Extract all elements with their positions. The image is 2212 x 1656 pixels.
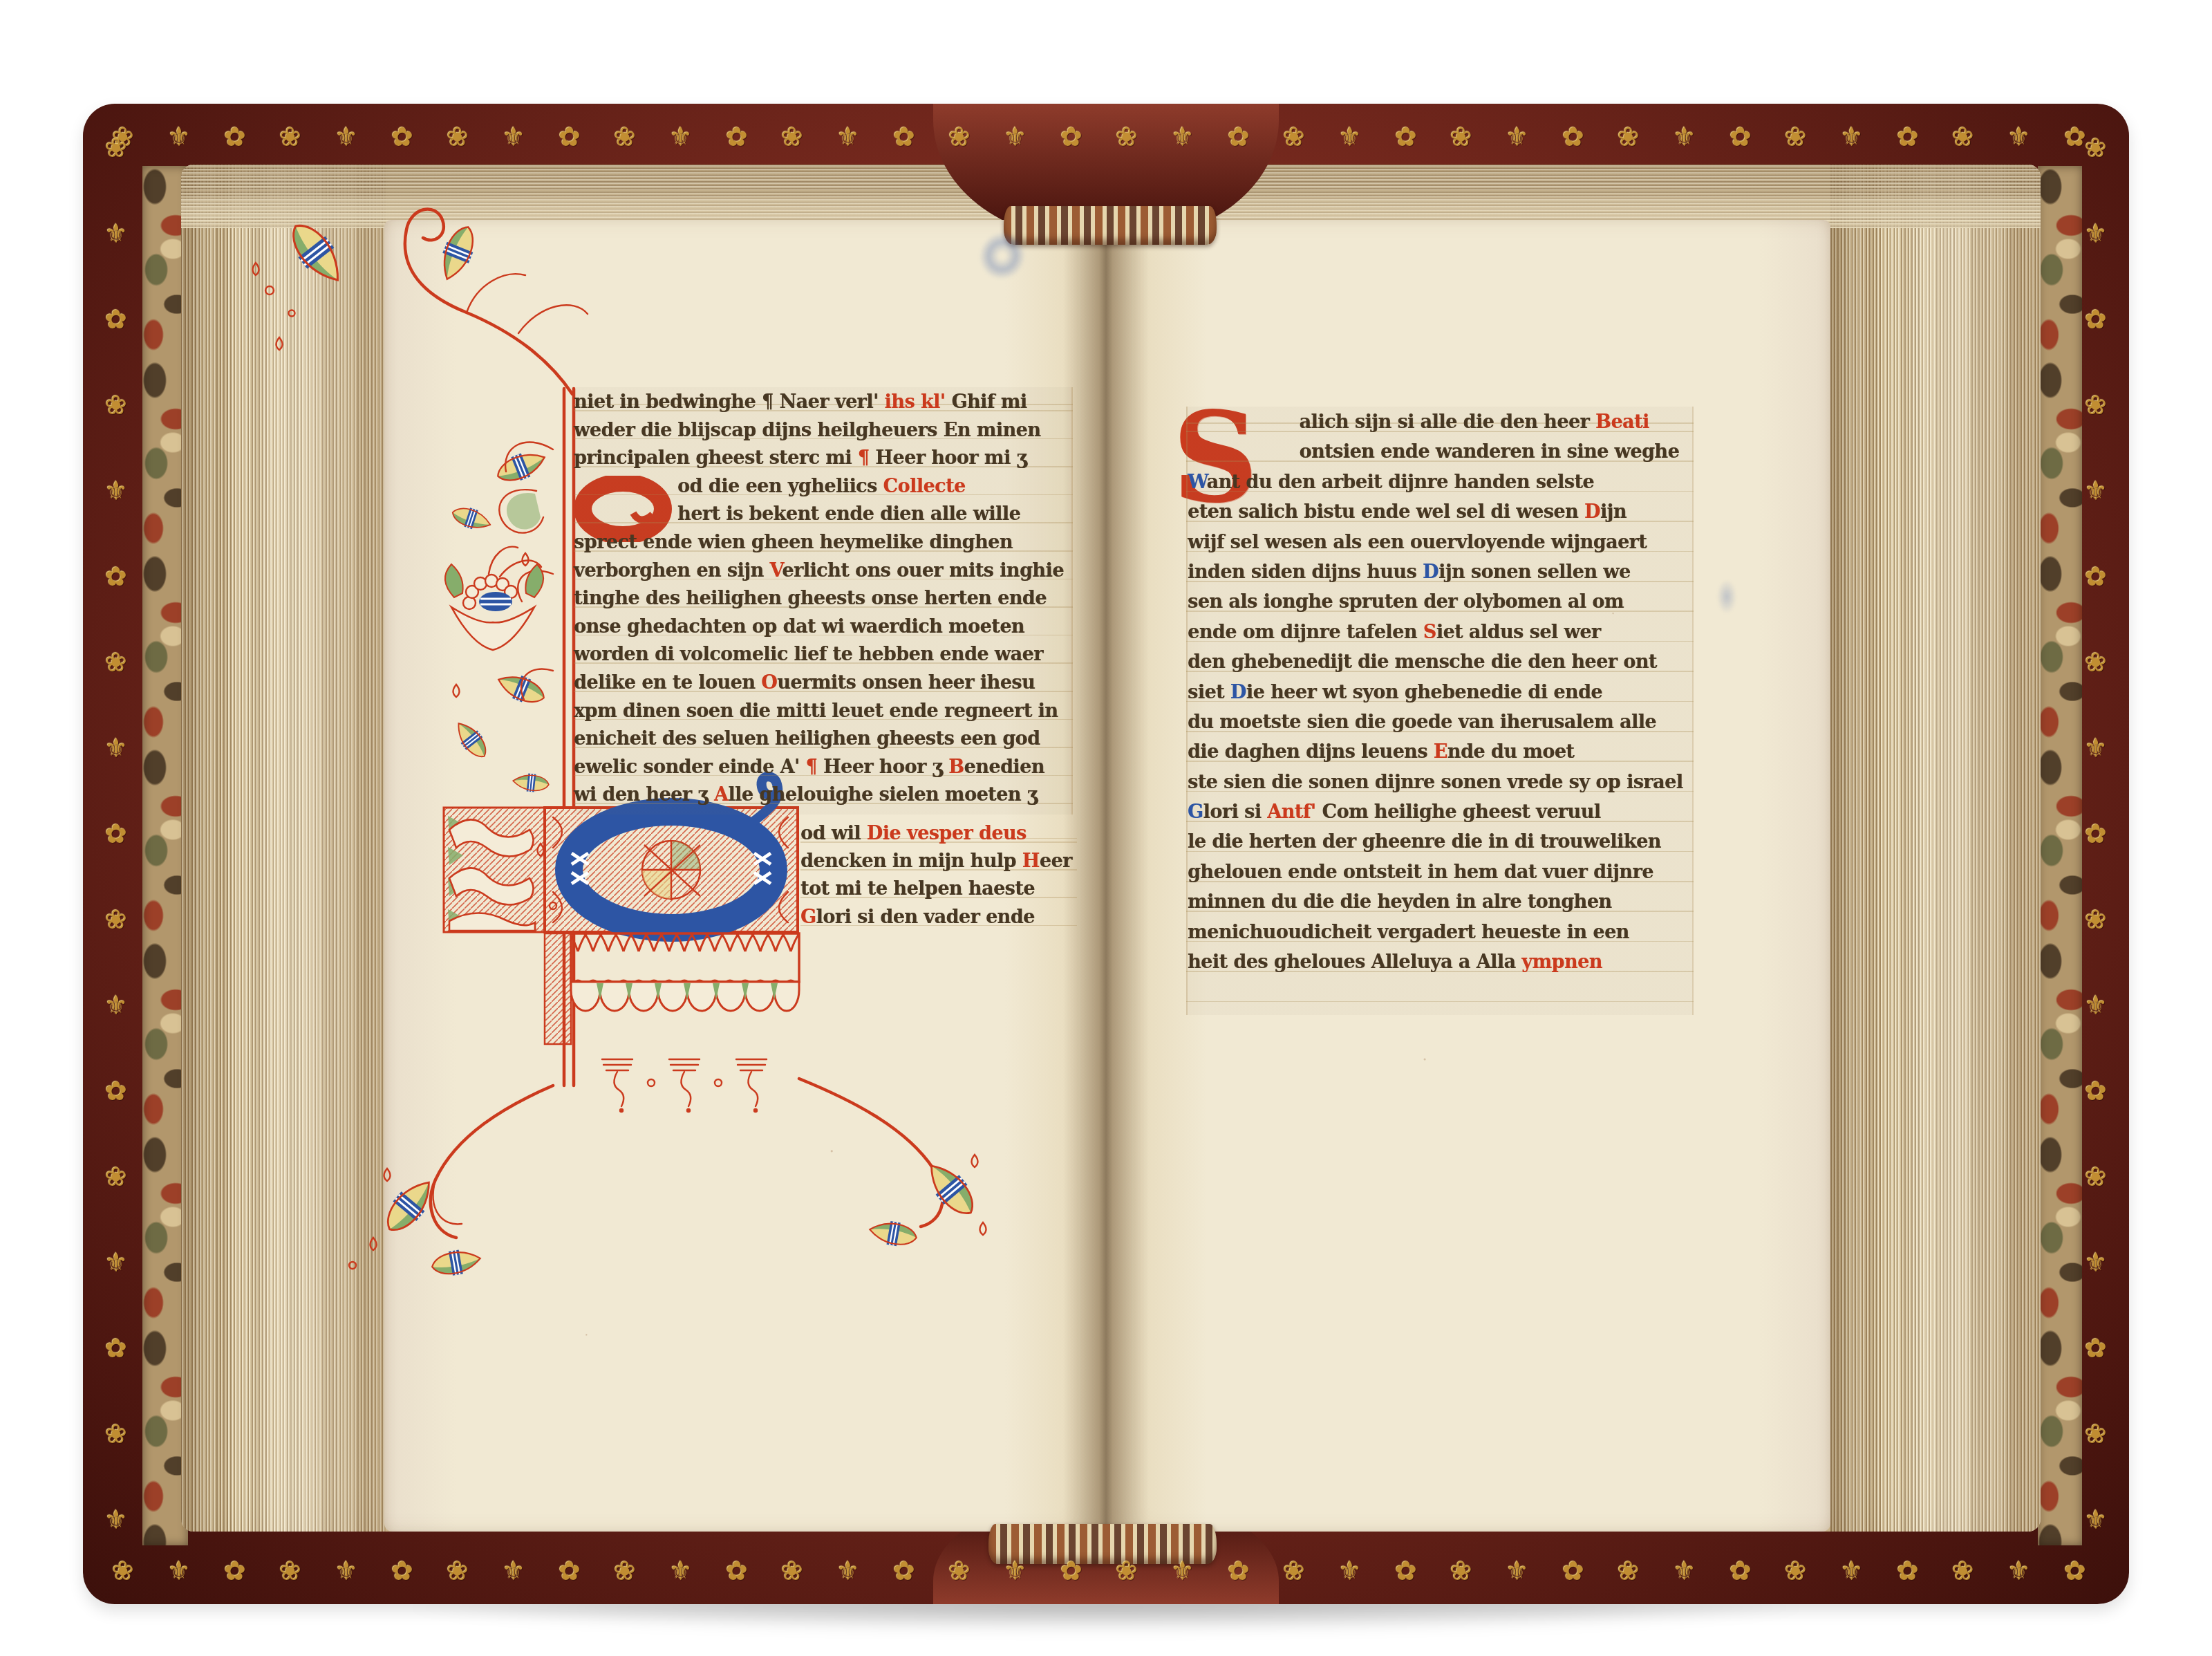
- manuscript-text-line: tinghe des heilighen gheests onse herten…: [574, 584, 1047, 612]
- manuscript-text-line: sen als ionghe spruten der olybomen al o…: [1188, 586, 1667, 616]
- ink-smudge: [1713, 573, 1741, 621]
- body-text: ie heer wt syon ghebenedie di ende: [1246, 680, 1602, 703]
- rubric-text: ympnen: [1521, 949, 1602, 973]
- gilt-tooling-border-left: ❀ ⚜ ✿ ❀ ⚜ ✿ ❀ ⚜ ✿ ❀ ⚜ ✿ ❀ ⚜ ✿ ❀ ⚜ ✿ ❀ ⚜ …: [101, 133, 131, 1574]
- manuscript-text-line: tot mi te helpen haeste: [800, 874, 1063, 902]
- rubric-text: G: [800, 904, 816, 928]
- manuscript-text-line: od die een ygheliics Collecte: [574, 472, 1047, 500]
- manuscript-text-line: wijf sel wesen als een ouervloyende wijn…: [1188, 527, 1667, 557]
- rubric-text: ¶: [805, 754, 823, 778]
- body-text: od wil: [800, 821, 867, 844]
- rubric-text: O: [761, 670, 777, 694]
- body-text: od die een ygheliics: [677, 474, 883, 497]
- body-text: principalen gheest sterc mi: [574, 445, 858, 469]
- manuscript-text-line: enicheit des seluen heilighen gheests ee…: [574, 724, 1047, 752]
- manuscript-text-line: inden siden dijns huus Dijn sonen sellen…: [1188, 557, 1667, 586]
- body-text: den ghebenedijt die mensche die den heer…: [1188, 649, 1657, 673]
- rubric-text: D: [1584, 499, 1600, 523]
- manuscript-text-line: od wil Die vesper deus: [800, 819, 1063, 846]
- rubric-text: A: [714, 782, 728, 806]
- body-text: eten salich bistu ende wel sel di wesen: [1188, 499, 1584, 523]
- gilt-tooling-border-bottom: ❀ ⚜ ✿ ❀ ⚜ ✿ ❀ ⚜ ✿ ❀ ⚜ ✿ ❀ ⚜ ✿ ❀ ⚜ ✿ ❀ ⚜ …: [112, 1556, 2100, 1586]
- right-page-text-block: alich sijn si alle die den heer Beationt…: [1186, 407, 1694, 1015]
- border-bottom-left-spray: [349, 1086, 553, 1279]
- body-text: delike en te louen: [574, 670, 761, 694]
- manuscript-text-line: wi den heer ʒ Alle ghelouighe sielen moe…: [574, 780, 1047, 808]
- border-top-spray: [253, 209, 588, 394]
- rubric-text: Die vesper deus: [867, 821, 1027, 844]
- body-text: die daghen dijns leuens: [1188, 739, 1434, 763]
- rubric-text: E: [1434, 739, 1447, 763]
- body-text: ende om dijnre tafelen: [1188, 620, 1423, 643]
- manuscript-text-line: ste sien die sonen dijnre sonen vrede sy…: [1188, 767, 1667, 797]
- manuscript-text-line: du moetste sien die goede van iherusalem…: [1188, 707, 1667, 736]
- border-bottom-right-spray: [799, 1079, 986, 1249]
- manuscript-text-line: weder die blijscap dijns heilgheuers En …: [574, 416, 1047, 444]
- manuscript-text-line: alich sijn si alle die den heer Beati: [1188, 407, 1667, 436]
- manuscript-text-line: ghelouen ende ontsteit in hem dat vuer d…: [1188, 857, 1667, 886]
- manuscript-text-line: eten salich bistu ende wel sel di wesen …: [1188, 496, 1667, 526]
- body-text: le die herten der gheenre die in di trou…: [1188, 829, 1661, 853]
- manuscript-text-line: niet in bedwinghe ¶ Naer verl' ihs kl' G…: [574, 387, 1047, 416]
- manuscript-text-line: principalen gheest sterc mi ¶ Heer hoor …: [574, 443, 1047, 472]
- body-text: Ghif mi: [951, 389, 1027, 413]
- body-text: enedien: [964, 754, 1044, 778]
- rubric-text: ¶: [858, 445, 876, 469]
- border-bottom-band: [545, 933, 799, 1113]
- body-text: minnen du die die heyden in alre tonghen: [1188, 889, 1611, 913]
- body-text: sprect ende wien gheen heymelike dinghen: [574, 530, 1013, 553]
- body-text: enicheit des seluen heilighen gheests ee…: [574, 726, 1040, 750]
- manuscript-text-line: die daghen dijns leuens Ende du moet: [1188, 736, 1667, 766]
- body-text: Heer hoor ʒ: [823, 754, 948, 778]
- manuscript-text-line: worden di volcomelic lief te hebben ende…: [574, 640, 1047, 668]
- body-text: lori si den vader ende: [816, 904, 1035, 928]
- manuscript-text-line: Glori si den vader ende: [800, 902, 1063, 930]
- manuscript-text-line: hert is bekent ende dien alle wille: [574, 499, 1047, 528]
- blue-initial-text: W: [1188, 469, 1206, 493]
- body-text: lori si: [1203, 799, 1268, 823]
- body-text: weder die blijscap dijns heilgheuers En …: [574, 418, 1040, 441]
- rubric-text: Collecte: [883, 474, 966, 497]
- body-text: tinghe des heilighen gheests onse herten…: [574, 586, 1047, 609]
- body-text: ewelic sonder einde A': [574, 754, 805, 778]
- marbled-endpaper-right: [2038, 166, 2082, 1545]
- body-text: xpm dinen soen die mitti leuet ende regn…: [574, 698, 1058, 722]
- body-text: ste sien die sonen dijnre sonen vrede sy…: [1188, 770, 1683, 793]
- body-text: Com heilighe gheest veruul: [1322, 799, 1600, 823]
- fanned-page-edges-right: [1830, 165, 2041, 1532]
- left-page-text-block: niet in bedwinghe ¶ Naer verl' ihs kl' G…: [574, 387, 1073, 815]
- body-text: ijn: [1600, 499, 1627, 523]
- body-text: nde du moet: [1447, 739, 1574, 763]
- left-page-vespers-lines: od wil Die vesper deusdencken in mijn hu…: [800, 819, 1077, 933]
- body-text: verborghen en sijn: [574, 558, 769, 582]
- manuscript-text-line: sprect ende wien gheen heymelike dinghen: [574, 528, 1047, 556]
- manuscript-text-line: verborghen en sijn Verlicht ons ouer mit…: [574, 556, 1047, 584]
- manuscript-text-line: minnen du die die heyden in alre tonghen: [1188, 886, 1667, 916]
- body-text: onse ghedachten op dat wi waerdich moete…: [574, 614, 1024, 638]
- manuscript-text-line: ontsien ende wanderen in sine weghe: [1188, 436, 1667, 466]
- body-text: niet in bedwinghe ¶ Naer verl': [574, 389, 885, 413]
- body-text: ontsien ende wanderen in sine weghe: [1300, 439, 1680, 463]
- body-text: sen als ionghe spruten der olybomen al o…: [1188, 589, 1624, 613]
- manuscript-text-line: den ghebenedijt die mensche die den heer…: [1188, 646, 1667, 676]
- manuscript-text-line: dencken in mijn hulp Heer: [800, 846, 1063, 874]
- body-text: uermits onsen heer ihesu: [777, 670, 1035, 694]
- manuscript-text-line: xpm dinen soen die mitti leuet ende regn…: [574, 696, 1047, 725]
- rubric-text: H: [1022, 848, 1040, 872]
- blue-initial-text: G: [1188, 799, 1203, 823]
- gilt-tooling-border-right: ❀ ⚜ ✿ ❀ ⚜ ✿ ❀ ⚜ ✿ ❀ ⚜ ✿ ❀ ⚜ ✿ ❀ ⚜ ✿ ❀ ⚜ …: [2081, 133, 2111, 1574]
- body-text: ijn sonen sellen we: [1438, 559, 1631, 583]
- manuscript-text-line: heit des gheloues Alleluya a Alla ympnen: [1188, 947, 1667, 976]
- body-text: wi den heer ʒ: [574, 782, 714, 806]
- manuscript-text-line: Glori si Antf' Com heilighe gheest veruu…: [1188, 797, 1667, 826]
- body-text: du moetste sien die goede van iherusalem…: [1188, 709, 1656, 733]
- body-text: ant du den arbeit dijnre handen selste: [1206, 469, 1594, 493]
- body-text: hert is bekent ende dien alle wille: [677, 501, 1020, 525]
- manuscript-text-line: onse ghedachten op dat wi waerdich moete…: [574, 612, 1047, 640]
- rubric-text: ihs kl': [885, 389, 952, 413]
- blue-initial-text: D: [1230, 680, 1246, 703]
- rubric-text: Antf': [1267, 799, 1322, 823]
- gilt-tooling-border-top: ❀ ⚜ ✿ ❀ ⚜ ✿ ❀ ⚜ ✿ ❀ ⚜ ✿ ❀ ⚜ ✿ ❀ ⚜ ✿ ❀ ⚜ …: [112, 122, 2100, 152]
- headband-top: [1004, 206, 1217, 245]
- body-text: iet aldus sel wer: [1436, 620, 1601, 643]
- body-text: lle ghelouighe sielen moeten ʒ: [728, 782, 1037, 806]
- body-text: menichuoudicheit vergadert heueste in ee…: [1188, 920, 1629, 943]
- body-text: dencken in mijn hulp: [800, 848, 1022, 872]
- rubric-text: S: [1423, 620, 1436, 643]
- photograph-of-open-manuscript: ❀ ⚜ ✿ ❀ ⚜ ✿ ❀ ⚜ ✿ ❀ ⚜ ✿ ❀ ⚜ ✿ ❀ ⚜ ✿ ❀ ⚜ …: [0, 0, 2212, 1656]
- blue-initial-text: D: [1423, 559, 1438, 583]
- manuscript-text-line: siet Die heer wt syon ghebenedie di ende: [1188, 677, 1667, 707]
- body-text: eer: [1040, 848, 1072, 872]
- manuscript-text-line: ende om dijnre tafelen Siet aldus sel we…: [1188, 617, 1667, 646]
- body-text: Heer hoor mi ʒ: [875, 445, 1027, 469]
- body-text: siet: [1188, 680, 1230, 703]
- rubric-text: V: [769, 558, 782, 582]
- body-text: ghelouen ende ontsteit in hem dat vuer d…: [1188, 859, 1653, 883]
- body-text: heit des gheloues Alleluya a Alla: [1188, 949, 1521, 973]
- manuscript-text-line: ewelic sonder einde A' ¶ Heer hoor ʒ Ben…: [574, 752, 1047, 781]
- body-text: worden di volcomelic lief te hebben ende…: [574, 642, 1043, 665]
- body-text: tot mi te helpen haeste: [800, 876, 1035, 900]
- body-text: wijf sel wesen als een ouervloyende wijn…: [1188, 530, 1647, 553]
- body-text: alich sijn si alle die den heer: [1300, 409, 1596, 433]
- manuscript-text-line: delike en te louen Ouermits onsen heer i…: [574, 668, 1047, 696]
- body-text: erlicht ons ouer mits inghie: [782, 558, 1063, 582]
- manuscript-text-line: le die herten der gheenre die in di trou…: [1188, 826, 1667, 856]
- manuscript-text-line: Want du den arbeit dijnre handen selste: [1188, 467, 1667, 496]
- body-text: inden siden dijns huus: [1188, 559, 1423, 583]
- rubric-text: Beati: [1595, 409, 1649, 433]
- manuscript-text-line: menichuoudicheit vergadert heueste in ee…: [1188, 917, 1667, 947]
- rubric-text: B: [948, 754, 964, 778]
